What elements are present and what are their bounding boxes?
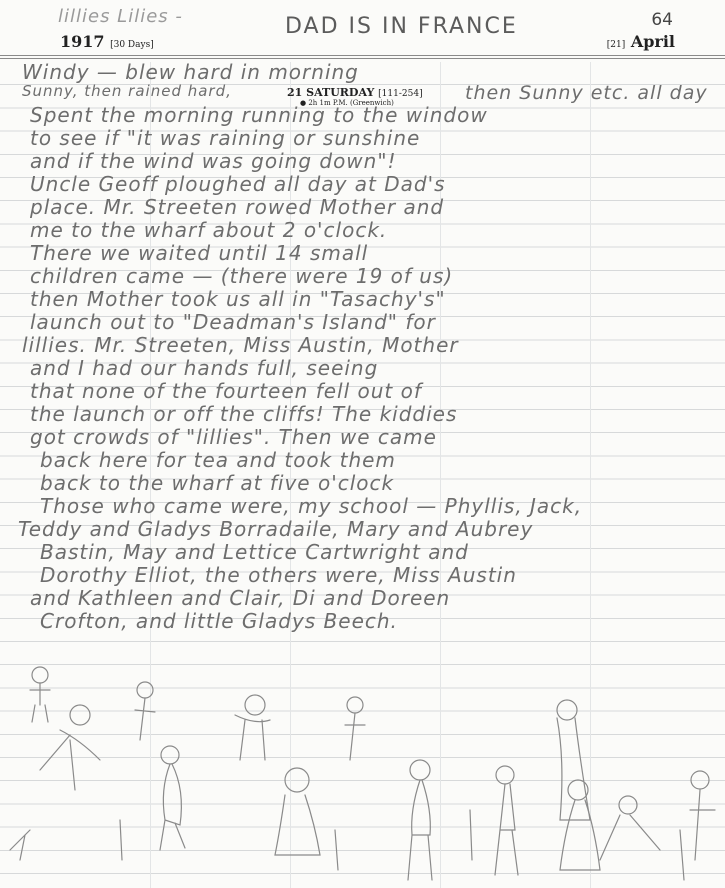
entry-line: Bastin, May and Lettice Cartwright and bbox=[40, 540, 469, 564]
entry-line: launch out to "Deadman's Island" for bbox=[30, 310, 436, 334]
entry-line: children came — (there were 19 of us) bbox=[30, 264, 453, 288]
day-heading: 21 SATURDAY [111-254] bbox=[287, 86, 423, 99]
year-label: 1917 [30 Days] bbox=[60, 32, 154, 51]
entry-line: Windy — blew hard in morning bbox=[22, 60, 359, 84]
diary-page: lillies Lilies - DAD IS IN FRANCE 64 191… bbox=[0, 0, 725, 888]
entry-line: Spent the morning running to the window bbox=[30, 103, 488, 127]
entry-line: Dorothy Elliot, the others were, Miss Au… bbox=[40, 563, 517, 587]
page-number: 64 bbox=[651, 10, 673, 30]
month-label: [21] April bbox=[607, 32, 675, 51]
entry-line: place. Mr. Streeten rowed Mother and bbox=[30, 195, 444, 219]
entry-line: Sunny, then rained hard, bbox=[22, 82, 232, 100]
children-lilies-sketch bbox=[0, 660, 725, 888]
entry-line: that none of the fourteen fell out of bbox=[30, 379, 422, 403]
month-day-index: [21] bbox=[607, 40, 625, 50]
entry-line: There we waited until 14 small bbox=[30, 241, 368, 265]
month: April bbox=[631, 32, 675, 51]
year-days: [30 Days] bbox=[110, 40, 154, 50]
entry-line: Teddy and Gladys Borradaile, Mary and Au… bbox=[18, 517, 533, 541]
entry-line: got crowds of "lillies". Then we came bbox=[30, 425, 437, 449]
entry-line: Crofton, and little Gladys Beech. bbox=[40, 609, 398, 633]
entry-line: me to the wharf about 2 o'clock. bbox=[30, 218, 387, 242]
entry-line: then Sunny etc. all day bbox=[465, 82, 708, 104]
entry-line: Uncle Geoff ploughed all day at Dad's bbox=[30, 172, 446, 196]
header-rule bbox=[0, 55, 725, 56]
entry-line: the launch or off the cliffs! The kiddie… bbox=[30, 402, 457, 426]
entry-line: to see if "it was raining or sunshine bbox=[30, 126, 420, 150]
entry-line: and Kathleen and Clair, Di and Doreen bbox=[30, 586, 450, 610]
entry-line: back to the wharf at five o'clock bbox=[40, 471, 394, 495]
year: 1917 bbox=[60, 32, 105, 51]
entry-line: lillies. Mr. Streeten, Miss Austin, Moth… bbox=[22, 333, 459, 357]
day-heading-text: 21 SATURDAY bbox=[287, 86, 374, 99]
entry-line: Those who came were, my school — Phyllis… bbox=[40, 494, 582, 518]
entry-line: and I had our hands full, seeing bbox=[30, 356, 378, 380]
day-range: [111-254] bbox=[378, 89, 422, 99]
entry-line: and if the wind was going down"! bbox=[30, 149, 397, 173]
header-rule bbox=[0, 58, 725, 59]
corner-note: lillies Lilies - bbox=[58, 6, 183, 27]
entry-line: then Mother took us all in "Tasachy's" bbox=[30, 287, 446, 311]
entry-line: back here for tea and took them bbox=[40, 448, 396, 472]
handwritten-title: DAD IS IN FRANCE bbox=[285, 14, 518, 39]
